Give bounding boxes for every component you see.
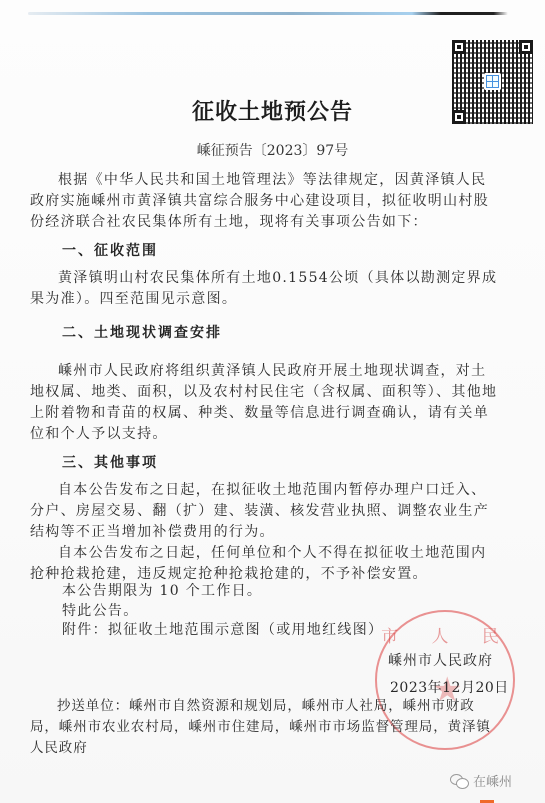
signer-name: 嵊州市人民政府 [388, 650, 493, 670]
qr-finder-pattern [519, 40, 533, 54]
document-title: 征收土地预公告 [0, 95, 545, 126]
closing-text: 特此公告。 [62, 600, 139, 620]
attachment-text: 附件：拟征收土地范围示意图（或用地红线图） [62, 619, 383, 639]
section-body-scope: 黄泽镇明山村农民集体所有土地0.1554公顷（具体以勘测定界成果为准）。四至范围… [30, 268, 500, 310]
top-rule-divider [28, 12, 508, 15]
section-body-other-1: 自本公告发布之日起，在拟征收土地范围内暂停办理户口迁入、分户、房屋交易、翻（扩）… [30, 480, 500, 543]
watermark-label: 在嵊州 [473, 771, 512, 790]
intro-paragraph: 根据《中华人民共和国土地管理法》等法律规定，因黄泽镇人民政府实施嵊州市黄泽镇共富… [30, 170, 500, 233]
wechat-icon [450, 774, 468, 788]
document-number: 嵊征预告〔2023〕97号 [0, 140, 545, 160]
source-watermark: 在嵊州 [450, 771, 512, 790]
document-page: 征收土地预公告 嵊征预告〔2023〕97号 根据《中华人民共和国土地管理法》等法… [0, 0, 545, 803]
section-body-other-2: 自本公告发布之日起，任何单位和个人不得在拟征收土地范围内抢种抢栽抢建，违反规定抢… [30, 543, 500, 585]
section-body-survey: 嵊州市人民政府将组织黄泽镇人民政府开展土地现状调查，对土地权属、地类、面积，以及… [30, 361, 500, 445]
section-heading-other: 三、其他事项 [62, 452, 158, 472]
qr-logo-icon [484, 73, 501, 90]
cc-recipients: 抄送单位：嵊州市自然资源和规划局，嵊州市人社局，嵊州市财政局，嵊州市农业农村局，… [30, 696, 500, 759]
qr-finder-pattern [452, 40, 466, 54]
section-heading-survey: 二、土地现状调查安排 [62, 322, 222, 342]
notice-period: 本公告期限为 10 个工作日。 [62, 580, 262, 600]
sign-date: 2023年12月20日 [390, 677, 509, 697]
section-heading-scope: 一、征收范围 [62, 240, 158, 260]
seal-text: 市 人 民 [377, 622, 517, 647]
